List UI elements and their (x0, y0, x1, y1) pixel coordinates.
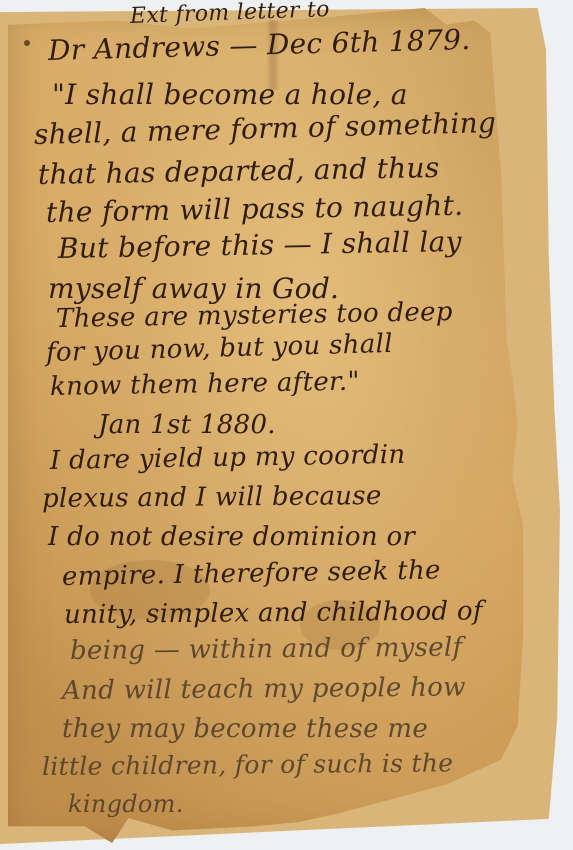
quote-line: little children, for of such is the (42, 748, 454, 781)
quote-line: I do not desire dominion or (48, 522, 415, 552)
quote-line: These are mysteries too deep (56, 297, 453, 334)
quote-line: And will teach my people how (62, 672, 466, 706)
second-date: Jan 1st 1880. (98, 410, 276, 440)
quote-line: being — within and of myself (70, 633, 463, 666)
quote-line: plexus and I will because (42, 481, 382, 514)
quote-line: unity, simplex and childhood of (64, 596, 483, 630)
quote-line: shell, a mere form of something (34, 106, 497, 151)
quote-line: the form will pass to naught. (46, 189, 464, 229)
quote-line: that has departed, and thus (38, 151, 440, 191)
quote-line: I dare yield up my coordin (50, 440, 406, 476)
quote-line: empire. I therefore seek the (62, 555, 441, 592)
quote-line: know them here after." (50, 367, 360, 402)
letter-text: Ext from letter to Dr Andrews — Dec 6th … (0, 0, 573, 850)
letter-heading: Ext from letter to (130, 0, 331, 29)
quote-line: they may become these me (62, 714, 428, 744)
scanned-page: Ext from letter to Dr Andrews — Dec 6th … (0, 0, 573, 850)
quote-line: for you now, but you shall (46, 329, 394, 368)
recipient-date-line: Dr Andrews — Dec 6th 1879. (48, 23, 471, 67)
quote-line: "I shall become a hole, a (52, 78, 408, 111)
quote-line: kingdom. (68, 790, 184, 818)
quote-line: But before this — I shall lay (58, 225, 462, 265)
